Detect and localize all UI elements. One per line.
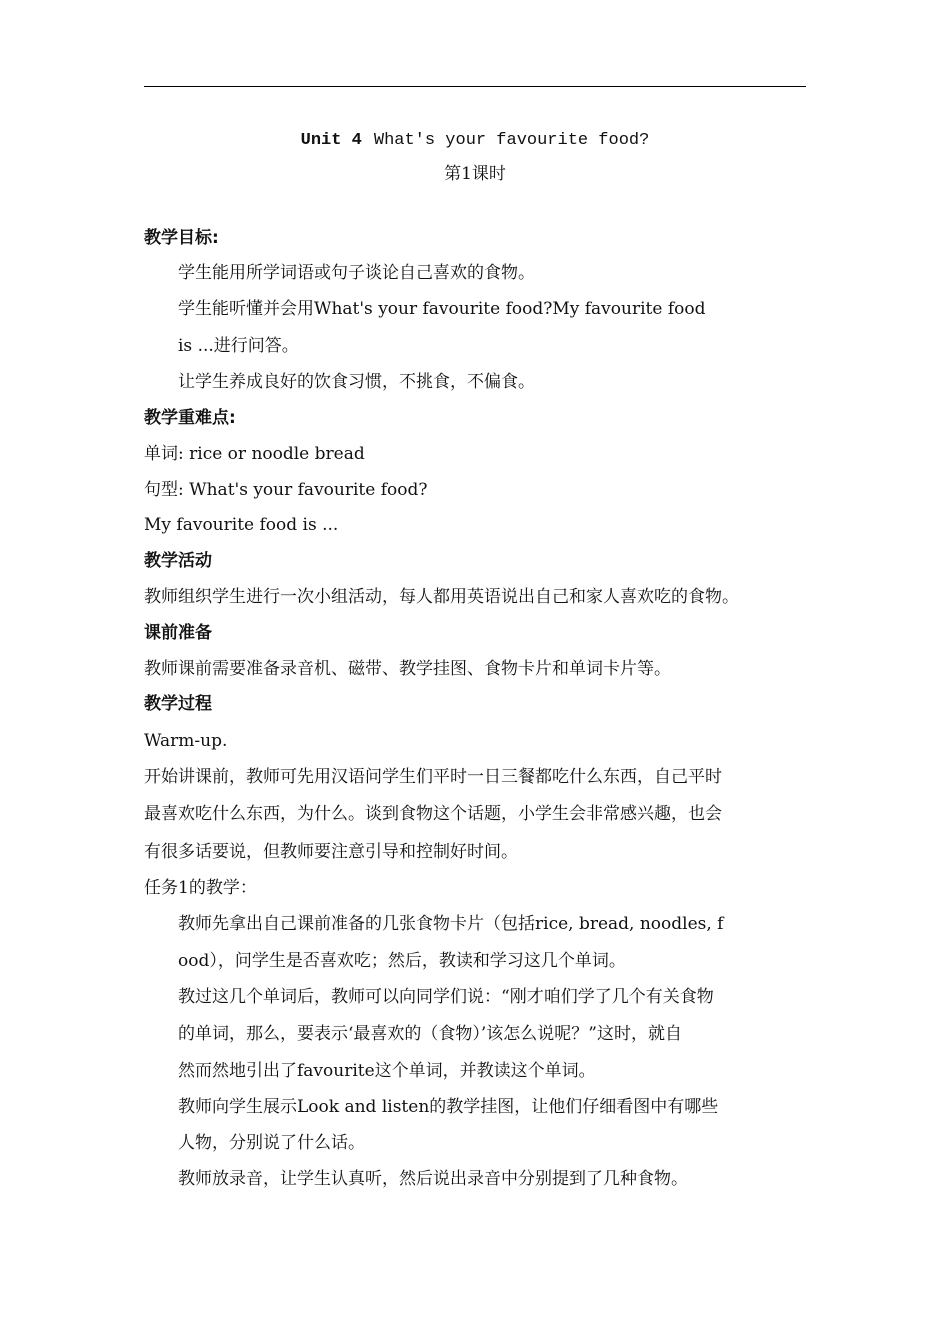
- title-unit: Unit 4: [301, 131, 362, 150]
- preparation-text: 教师课前需要准备录音机、磁带、教学挂图、食物卡片和单词卡片等。: [144, 658, 671, 680]
- task1-line: 教师放录音，让学生认真听，然后说出录音中分别提到了几种食物。: [178, 1168, 688, 1190]
- objective-item: is ...进行问答。: [178, 335, 299, 357]
- objective-item: 学生能用所学词语或句子谈论自己喜欢的食物。: [178, 262, 535, 284]
- task1-line: 然而然地引出了favourite这个单词，并教读这个单词。: [178, 1060, 596, 1082]
- warmup-label: Warm-up.: [144, 730, 227, 752]
- heading-activities: 教学活动: [144, 550, 212, 572]
- heading-key-points: 教学重难点:: [144, 407, 236, 429]
- activities-text: 教师组织学生进行一次小组活动，每人都用英语说出自己和家人喜欢吃的食物。: [144, 586, 739, 608]
- heading-process: 教学过程: [144, 693, 212, 715]
- header-rule: [144, 86, 806, 87]
- task1-line: 人物，分别说了什么话。: [178, 1132, 365, 1154]
- objective-item: 让学生养成良好的饮食习惯，不挑食，不偏食。: [178, 371, 535, 393]
- task1-label: 任务1的教学：: [144, 877, 257, 899]
- title-question: What's your favourite food?: [374, 131, 649, 150]
- task1-line: 教师向学生展示Look and listen的教学挂图，让他们仔细看图中有哪些: [178, 1096, 718, 1118]
- objective-item: 学生能听懂并会用What's your favourite food?My fa…: [178, 298, 705, 320]
- warmup-line: 有很多话要说，但教师要注意引导和控制好时间。: [144, 841, 518, 863]
- heading-objectives: 教学目标:: [144, 227, 219, 249]
- key-point-item: My favourite food is ...: [144, 514, 338, 536]
- key-point-item: 单词: rice or noodle bread: [144, 443, 365, 465]
- task1-line: 教过这几个单词后，教师可以向同学们说：“刚才咱们学了几个有关食物: [178, 986, 714, 1008]
- task1-line: 的单词，那么，要表示‘最喜欢的（食物）’该怎么说呢？”这时，就自: [178, 1023, 682, 1045]
- warmup-line: 最喜欢吃什么东西，为什么。谈到食物这个话题，小学生会非常感兴趣，也会: [144, 803, 722, 825]
- task1-line: ood），问学生是否喜欢吃；然后，教读和学习这几个单词。: [178, 950, 626, 972]
- key-point-item: 句型: What's your favourite food?: [144, 479, 427, 501]
- heading-preparation: 课前准备: [144, 622, 212, 644]
- document-title: Unit 4What's your favourite food?: [0, 128, 950, 152]
- document-subtitle: 第1课时: [0, 163, 950, 185]
- task1-line: 教师先拿出自己课前准备的几张食物卡片（包括rice, bread, noodle…: [178, 913, 723, 935]
- warmup-line: 开始讲课前，教师可先用汉语问学生们平时一日三餐都吃什么东西，自己平时: [144, 766, 722, 788]
